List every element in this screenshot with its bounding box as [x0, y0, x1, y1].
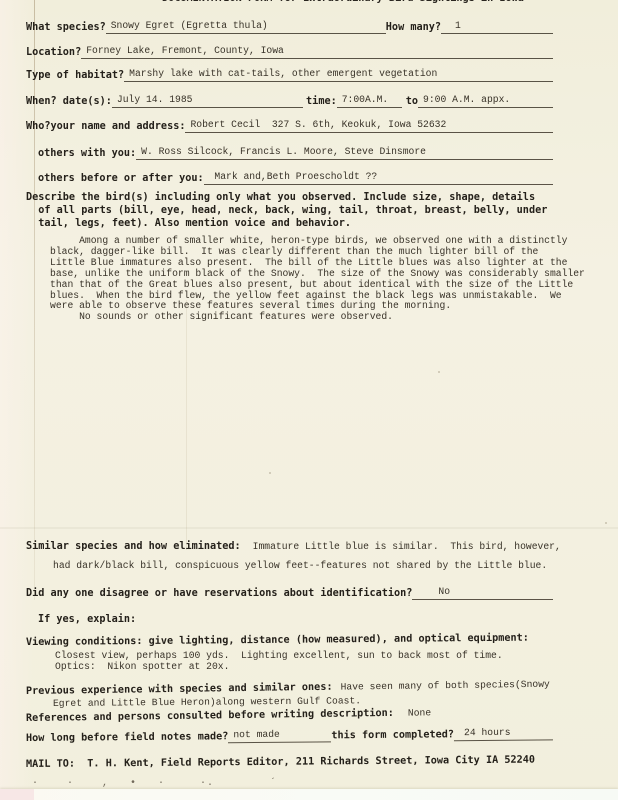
observer-label: Who?your name and address: — [26, 120, 185, 133]
others-before-label: others before or after you: — [38, 172, 204, 185]
clipped-form-title-text: DOCUMENTATION FORM for Extraordinary Bir… — [162, 0, 524, 4]
previous-experience-row: Previous experience with species and sim… — [26, 676, 586, 698]
paper-crease-left — [34, 0, 35, 600]
how-many-label: How many? — [386, 21, 441, 34]
description-text: Among a number of smaller white, heron-t… — [50, 236, 585, 323]
time-to-value: 9:00 A.M. appx. — [418, 94, 553, 108]
similar-species-row: Similar species and how eliminated: Imma… — [26, 539, 566, 553]
describe-instructions: Describe the bird(s) including only what… — [26, 191, 547, 230]
date-label: When? date(s): — [26, 95, 112, 108]
references-value: None — [408, 707, 431, 719]
observer-value: Robert Cecil 327 S. 6th, Keokuk, Iowa 52… — [185, 119, 553, 133]
mail-to-line: MAIL TO: T. H. Kent, Field Reports Edito… — [26, 754, 535, 771]
time-to-label: to — [406, 95, 418, 108]
habitat-row: Type of habitat? Marshy lake with cat-ta… — [26, 67, 553, 82]
field-notes-value: not made — [228, 728, 331, 743]
time-label: time: — [306, 95, 337, 108]
location-label: Location? — [26, 46, 81, 59]
paper-crease-middle — [186, 300, 187, 550]
similar-species-value-line2: had dark/black bill, conspicuous yellow … — [53, 561, 547, 572]
field-notes-label: How long before field notes made? — [26, 730, 229, 745]
paper-bottom-left-corner — [0, 789, 34, 800]
similar-species-label: Similar species and how eliminated: — [26, 540, 241, 553]
form-completed-label: this form completed? — [331, 728, 454, 742]
species-value: Snowy Egret (Egretta thula) — [106, 20, 386, 34]
previous-experience-value-line1: Have seen many of both species(Snowy — [340, 679, 549, 694]
field-notes-row: How long before field notes made? not ma… — [26, 725, 553, 745]
references-label: References and persons consulted before … — [26, 707, 394, 725]
date-value: July 14. 1985 — [112, 94, 303, 108]
if-yes-label: If yes, explain: — [38, 613, 136, 626]
paper-speck — [438, 371, 440, 373]
others-with-row: others with you: W. Ross Silcock, Franci… — [38, 145, 553, 160]
time-value: 7:00A.M. — [337, 94, 402, 108]
form-completed-value: 24 hours — [454, 726, 553, 741]
others-with-label: others with you: — [38, 147, 136, 160]
viewing-conditions-label: Viewing conditions: give lighting, dista… — [26, 632, 529, 649]
habitat-label: Type of habitat? — [26, 69, 124, 82]
species-row: What species? Snowy Egret (Egretta thula… — [26, 19, 553, 34]
disagree-value: No — [412, 586, 553, 600]
habitat-value: Marshy lake with cat-tails, other emerge… — [124, 68, 553, 82]
species-label: What species? — [26, 21, 106, 34]
paper-crease-horizontal — [0, 527, 618, 529]
paper-speck — [269, 472, 271, 474]
similar-species-value-line1: Immature Little blue is similar. This bi… — [253, 541, 561, 553]
viewing-conditions-value: Closest view, perhaps 100 yds. Lighting … — [55, 651, 503, 673]
others-before-row: others before or after you: Mark and,Bet… — [38, 170, 553, 185]
paper-bottom-edge — [0, 789, 618, 800]
disagree-row: Did any one disagree or have reservation… — [26, 585, 553, 600]
date-time-row: When? date(s): July 14. 1985 time: 7:00A… — [26, 93, 553, 108]
clipped-form-title: DOCUMENTATION FORM for Extraordinary Bir… — [0, 0, 618, 7]
paper-speck — [605, 522, 607, 524]
disagree-label: Did any one disagree or have reservation… — [26, 587, 412, 600]
location-value: Forney Lake, Fremont, County, Iowa — [81, 45, 553, 59]
others-with-value: W. Ross Silcock, Francis L. Moore, Steve… — [136, 146, 553, 160]
location-row: Location? Forney Lake, Fremont, County, … — [26, 44, 553, 59]
others-before-value: Mark and,Beth Proescholdt ?? — [204, 171, 553, 185]
scanned-document-page: DOCUMENTATION FORM for Extraordinary Bir… — [0, 0, 618, 800]
stray-marks: · · , • · ·. ´ — [32, 778, 277, 789]
observer-row: Who?your name and address: Robert Cecil … — [26, 118, 553, 133]
how-many-value: 1 — [441, 20, 553, 34]
